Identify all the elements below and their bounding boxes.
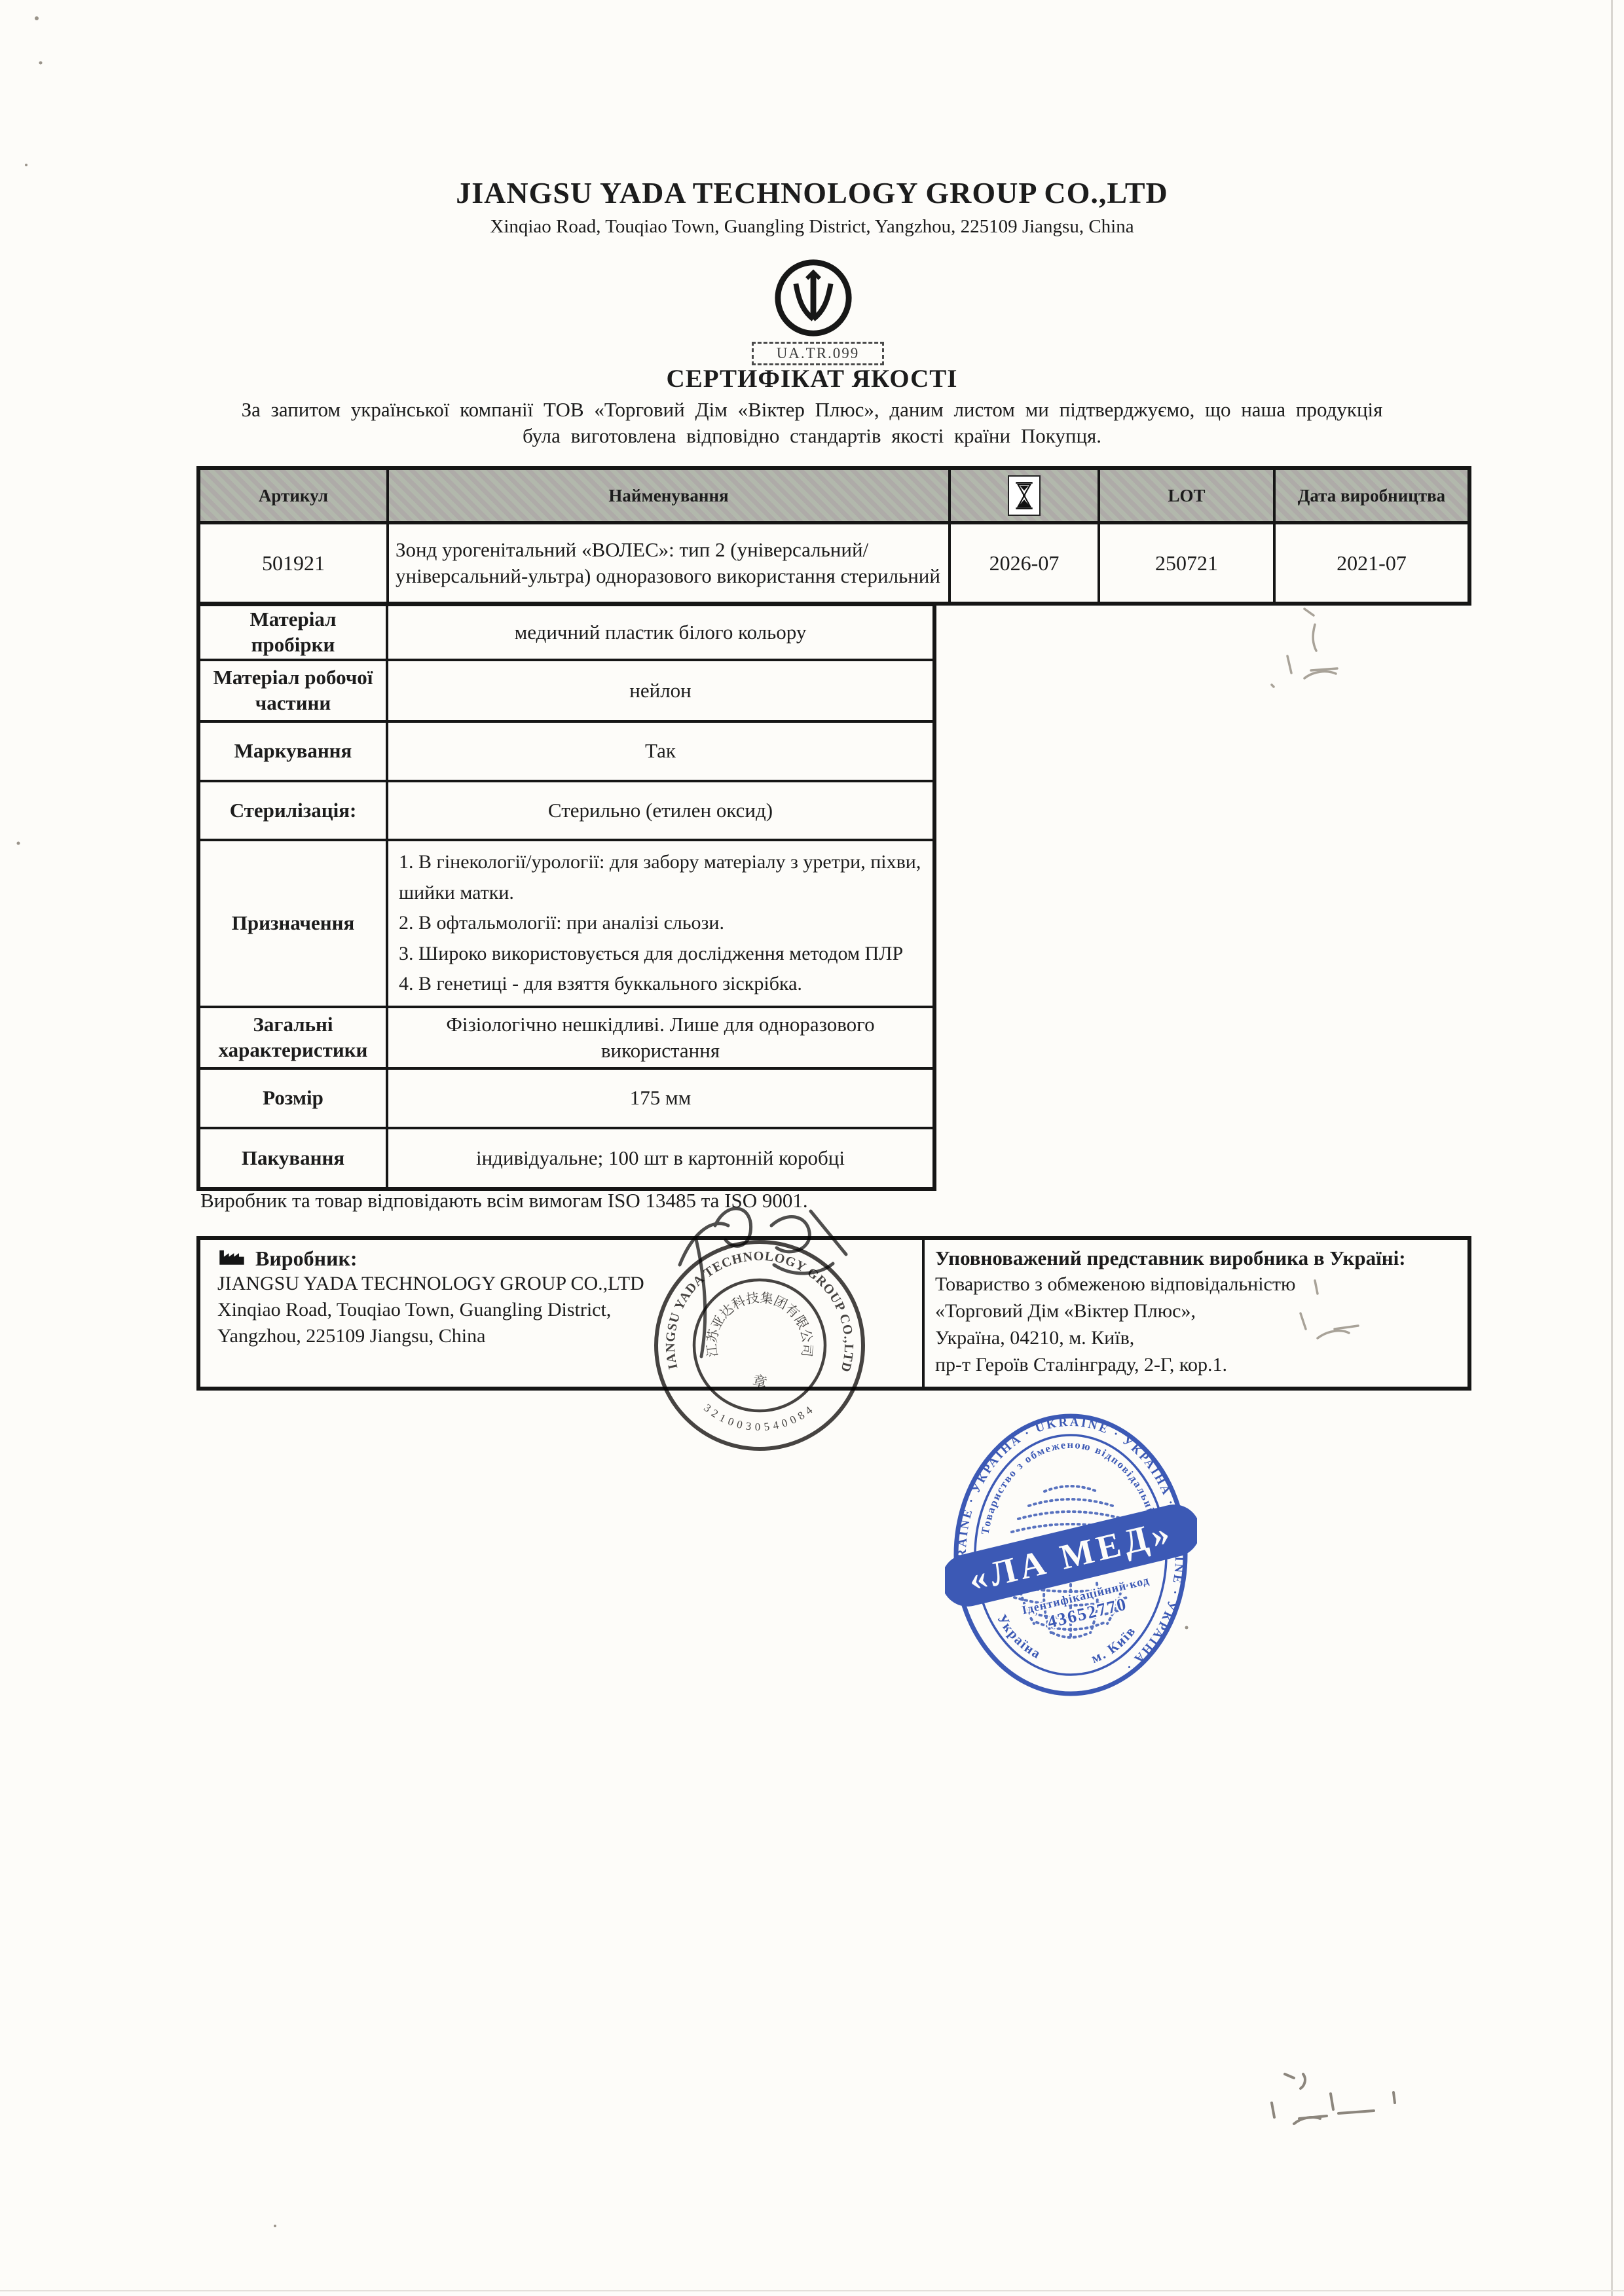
svg-text:3210030540084: 3210030540084 [701, 1402, 818, 1433]
table-row: Матеріал робочої частини нейлон [200, 659, 932, 720]
product-table-row: 501921 Зонд урогенітальний «ВОЛЕС»: тип … [200, 524, 1467, 602]
table-row: Маркування Так [200, 720, 932, 780]
col-header-name: Найменування [389, 470, 951, 521]
table-row: Пакування індивідуальне; 100 шт в картон… [200, 1127, 932, 1187]
spec-label: Матеріал пробірки [200, 606, 388, 659]
representative-heading: Уповноважений представник виробника в Ук… [935, 1245, 1461, 1271]
conformity-mark-code: UA.TR.099 [752, 342, 884, 365]
svg-text:江苏亚达科技集团有限公司: 江苏亚达科技集团有限公司 [704, 1290, 815, 1358]
spec-value: Фізіологічно нешкідливі. Лише для однора… [388, 1008, 932, 1067]
black-stamp-number: 3210030540084 [701, 1402, 818, 1433]
lamed-blue-stamp: УКРАЇНА · UKRAINE · УКРАЇНА · UKRAINE · … [945, 1406, 1197, 1707]
black-stamp-chinese-text: 江苏亚达科技集团有限公司 [704, 1290, 815, 1358]
expiry-value: 2026-07 [951, 524, 1100, 602]
product-table: Артикул Найменування LOT Дата виробництв… [196, 466, 1471, 606]
company-address: Xinqiao Road, Touqiao Town, Guangling Di… [0, 216, 1624, 238]
col-header-article: Артикул [200, 470, 389, 521]
ukraine-conformity-trident-mark-icon [771, 257, 855, 344]
spec-value: Стерильно (етилен оксид) [388, 782, 932, 839]
spec-label: Матеріал робочої частини [200, 661, 388, 720]
product-table-header-row: Артикул Найменування LOT Дата виробництв… [200, 470, 1467, 524]
spec-label: Розмір [200, 1070, 388, 1127]
purpose-item: 3. Широко використовується для досліджен… [399, 939, 926, 970]
article-value: 501921 [200, 524, 389, 602]
intro-paragraph: За запитом української компанії ТОВ «Тор… [227, 397, 1397, 448]
representative-line: «Торговий Дім «Віктер Плюс», [935, 1298, 1461, 1325]
manufacturer-round-stamp: JIANGSU YADA TECHNOLOGY GROUP CO.,LTD. 3… [645, 1231, 874, 1463]
spec-value-list: 1. В гінекології/урології: для забору ма… [388, 841, 932, 1006]
pencil-marks [1272, 2074, 1395, 2124]
spec-label: Пакування [200, 1129, 388, 1187]
spec-value: медичний пластик білого кольору [388, 606, 932, 659]
table-row: Матеріал пробірки медичний пластик білог… [200, 606, 932, 659]
table-row: Загальні характеристики Фізіологічно неш… [200, 1006, 932, 1067]
representative-line: Товариство з обмеженою відповідальністю [935, 1271, 1461, 1298]
production-date-value: 2021-07 [1276, 524, 1467, 602]
purpose-item: 1. В гінекології/урології: для забору ма… [399, 847, 926, 908]
representative-line: пр-т Героїв Сталінграду, 2-Г, кор.1. [935, 1352, 1461, 1379]
col-header-lot: LOT [1100, 470, 1276, 521]
spec-label: Загальні характеристики [200, 1008, 388, 1067]
spec-label: Стерилізація: [200, 782, 388, 839]
spec-value: 175 мм [388, 1070, 932, 1127]
lot-value: 250721 [1100, 524, 1276, 602]
spec-value: нейлон [388, 661, 932, 720]
spec-label: Маркування [200, 723, 388, 780]
col-header-expiry [951, 470, 1100, 521]
company-title: JIANGSU YADA TECHNOLOGY GROUP CO.,LTD [0, 175, 1624, 210]
black-stamp-seal-glyph: 章 [751, 1372, 769, 1391]
representative-line: Україна, 04210, м. Київ, [935, 1325, 1461, 1352]
scanner-edge-line [1611, 0, 1613, 2296]
factory-icon [217, 1247, 246, 1271]
scanner-edge-line [0, 2290, 1624, 2291]
spec-value: індивідуальне; 100 шт в картонній коробц… [388, 1129, 932, 1187]
iso-compliance-note: Виробник та товар відповідають всім вимо… [200, 1189, 808, 1212]
certificate-page: JIANGSU YADA TECHNOLOGY GROUP CO.,LTD Xi… [0, 0, 1624, 2296]
purpose-item: 2. В офтальмології: при аналізі сльози. [399, 908, 926, 939]
table-row: Стерилізація: Стерильно (етилен оксид) [200, 780, 932, 839]
purpose-item: 4. В генетиці - для взяття буккального з… [399, 969, 926, 1000]
pencil-marks [1272, 609, 1337, 687]
representative-cell: Уповноважений представник виробника в Ук… [925, 1240, 1467, 1387]
manufacturer-label: Виробник: [255, 1247, 358, 1271]
page-title: СЕРТИФІКАТ ЯКОСТІ [0, 364, 1624, 393]
hourglass-icon [1008, 475, 1041, 516]
spec-value: Так [388, 723, 932, 780]
product-name-value: Зонд урогенітальний «ВОЛЕС»: тип 2 (унів… [389, 524, 951, 602]
spec-table: Матеріал пробірки медичний пластик білог… [196, 602, 936, 1191]
spec-label: Призначення [200, 841, 388, 1006]
col-header-date: Дата виробництва [1276, 470, 1467, 521]
table-row: Призначення 1. В гінекології/урології: д… [200, 839, 932, 1006]
table-row: Розмір 175 мм [200, 1067, 932, 1127]
